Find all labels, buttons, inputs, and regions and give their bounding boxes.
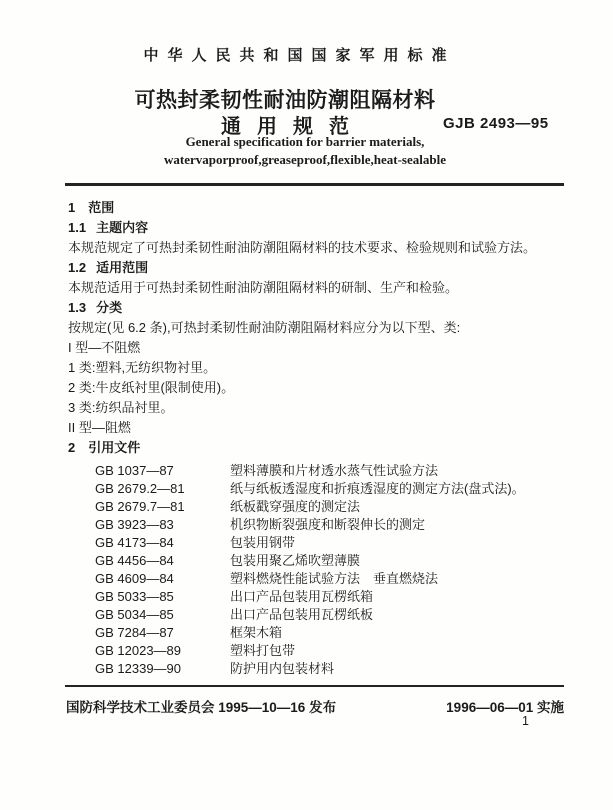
section-2-heading: 2引用文件 bbox=[68, 438, 565, 458]
standard-type-heading: 中华人民共和国国家军用标准 bbox=[60, 44, 530, 65]
class-2-line: 2 类:牛皮纸衬里(限制使用)。 bbox=[68, 378, 565, 398]
reference-row: GB 5033—85出口产品包装用瓦楞纸箱 bbox=[95, 588, 565, 606]
reference-code: GB 4456—84 bbox=[95, 552, 230, 570]
reference-title: 包装用聚乙烯吹塑薄膜 bbox=[230, 552, 360, 570]
reference-title: 出口产品包装用瓦楞纸箱 bbox=[230, 588, 373, 606]
reference-code: GB 12023—89 bbox=[95, 642, 230, 660]
reference-title: 机织物断裂强度和断裂伸长的测定 bbox=[230, 516, 425, 534]
footer: 国防科学技术工业委员会 1995—10—16 发布 1996—06—01 实施 bbox=[66, 696, 564, 716]
section-1-3-body: 按规定(见 6.2 条),可热封柔韧性耐油防潮阻隔材料应分为以下型、类: bbox=[68, 318, 565, 338]
section-1-title: 范围 bbox=[88, 200, 114, 215]
section-1-2-title: 适用范围 bbox=[96, 260, 148, 275]
page-number: 1 bbox=[0, 714, 529, 728]
reference-row: GB 7284—87框架木箱 bbox=[95, 624, 565, 642]
document-page: 中华人民共和国国家军用标准 可热封柔韧性耐油防潮阻隔材料 通用规范 GJB 24… bbox=[0, 0, 613, 810]
reference-title: 防护用内包装材料 bbox=[230, 660, 334, 678]
reference-code: GB 5033—85 bbox=[95, 588, 230, 606]
reference-row: GB 2679.7—81纸板戳穿强度的测定法 bbox=[95, 498, 565, 516]
reference-row: GB 4173—84包装用钢带 bbox=[95, 534, 565, 552]
footer-rule bbox=[65, 685, 564, 687]
reference-row: GB 1037—87塑料薄膜和片材透水蒸气性试验方法 bbox=[95, 462, 565, 480]
reference-code: GB 2679.7—81 bbox=[95, 498, 230, 516]
section-1-number: 1 bbox=[68, 200, 75, 215]
reference-code: GB 4173—84 bbox=[95, 534, 230, 552]
reference-code: GB 1037—87 bbox=[95, 462, 230, 480]
section-1-1-body: 本规范规定了可热封柔韧性耐油防潮阻隔材料的技术要求、检验规则和试验方法。 bbox=[68, 238, 565, 258]
reference-code: GB 5034—85 bbox=[95, 606, 230, 624]
reference-row: GB 12023—89塑料打包带 bbox=[95, 642, 565, 660]
reference-list: GB 1037—87塑料薄膜和片材透水蒸气性试验方法 GB 2679.2—81纸… bbox=[95, 462, 565, 678]
section-2-title: 引用文件 bbox=[88, 440, 140, 455]
header-rule bbox=[65, 183, 564, 186]
document-body: 1范围 1.1主题内容 本规范规定了可热封柔韧性耐油防潮阻隔材料的技术要求、检验… bbox=[68, 198, 565, 678]
reference-title: 纸板戳穿强度的测定法 bbox=[230, 498, 360, 516]
reference-row: GB 4456—84包装用聚乙烯吹塑薄膜 bbox=[95, 552, 565, 570]
class-3-line: 3 类:纺织品衬里。 bbox=[68, 398, 565, 418]
section-1-1-heading: 1.1主题内容 bbox=[68, 218, 565, 238]
reference-code: GB 2679.2—81 bbox=[95, 480, 230, 498]
section-1-heading: 1范围 bbox=[68, 198, 565, 218]
reference-row: GB 3923—83机织物断裂强度和断裂伸长的测定 bbox=[95, 516, 565, 534]
section-1-2-number: 1.2 bbox=[68, 260, 86, 275]
reference-row: GB 4609—84塑料燃烧性能试验方法 垂直燃烧法 bbox=[95, 570, 565, 588]
section-2-number: 2 bbox=[68, 440, 75, 455]
reference-code: GB 7284—87 bbox=[95, 624, 230, 642]
reference-title: 包装用钢带 bbox=[230, 534, 295, 552]
section-1-2-body: 本规范适用于可热封柔韧性耐油防潮阻隔材料的研制、生产和检验。 bbox=[68, 278, 565, 298]
class-1-line: 1 类:塑料,无纺织物衬里。 bbox=[68, 358, 565, 378]
section-1-3-title: 分类 bbox=[96, 300, 122, 315]
document-title-en-line1: General specification for barrier materi… bbox=[60, 134, 550, 150]
section-1-3-number: 1.3 bbox=[68, 300, 86, 315]
reference-title: 出口产品包装用瓦楞纸板 bbox=[230, 606, 373, 624]
section-1-2-heading: 1.2适用范围 bbox=[68, 258, 565, 278]
reference-title: 塑料打包带 bbox=[230, 642, 295, 660]
section-1-1-title: 主题内容 bbox=[96, 220, 148, 235]
reference-title: 纸与纸板透湿度和折痕透湿度的测定方法(盘式法)。 bbox=[230, 480, 525, 498]
section-1-1-number: 1.1 bbox=[68, 220, 86, 235]
reference-code: GB 12339—90 bbox=[95, 660, 230, 678]
reference-row: GB 2679.2—81纸与纸板透湿度和折痕透湿度的测定方法(盘式法)。 bbox=[95, 480, 565, 498]
footer-issued-by: 国防科学技术工业委员会 1995—10—16 发布 bbox=[66, 696, 336, 716]
type-2-line: II 型—阻燃 bbox=[68, 418, 565, 438]
reference-code: GB 3923—83 bbox=[95, 516, 230, 534]
reference-row: GB 12339—90防护用内包装材料 bbox=[95, 660, 565, 678]
type-1-line: I 型—不阻燃 bbox=[68, 338, 565, 358]
reference-code: GB 4609—84 bbox=[95, 570, 230, 588]
reference-title: 塑料薄膜和片材透水蒸气性试验方法 bbox=[230, 462, 438, 480]
reference-title: 塑料燃烧性能试验方法 垂直燃烧法 bbox=[230, 570, 438, 588]
reference-title: 框架木箱 bbox=[230, 624, 282, 642]
footer-implemented: 1996—06—01 实施 bbox=[446, 696, 564, 716]
document-title-en-line2: watervaporproof,greaseproof,flexible,hea… bbox=[60, 152, 550, 168]
section-1-3-heading: 1.3分类 bbox=[68, 298, 565, 318]
reference-row: GB 5034—85出口产品包装用瓦楞纸板 bbox=[95, 606, 565, 624]
standard-number: GJB 2493—95 bbox=[443, 115, 549, 132]
